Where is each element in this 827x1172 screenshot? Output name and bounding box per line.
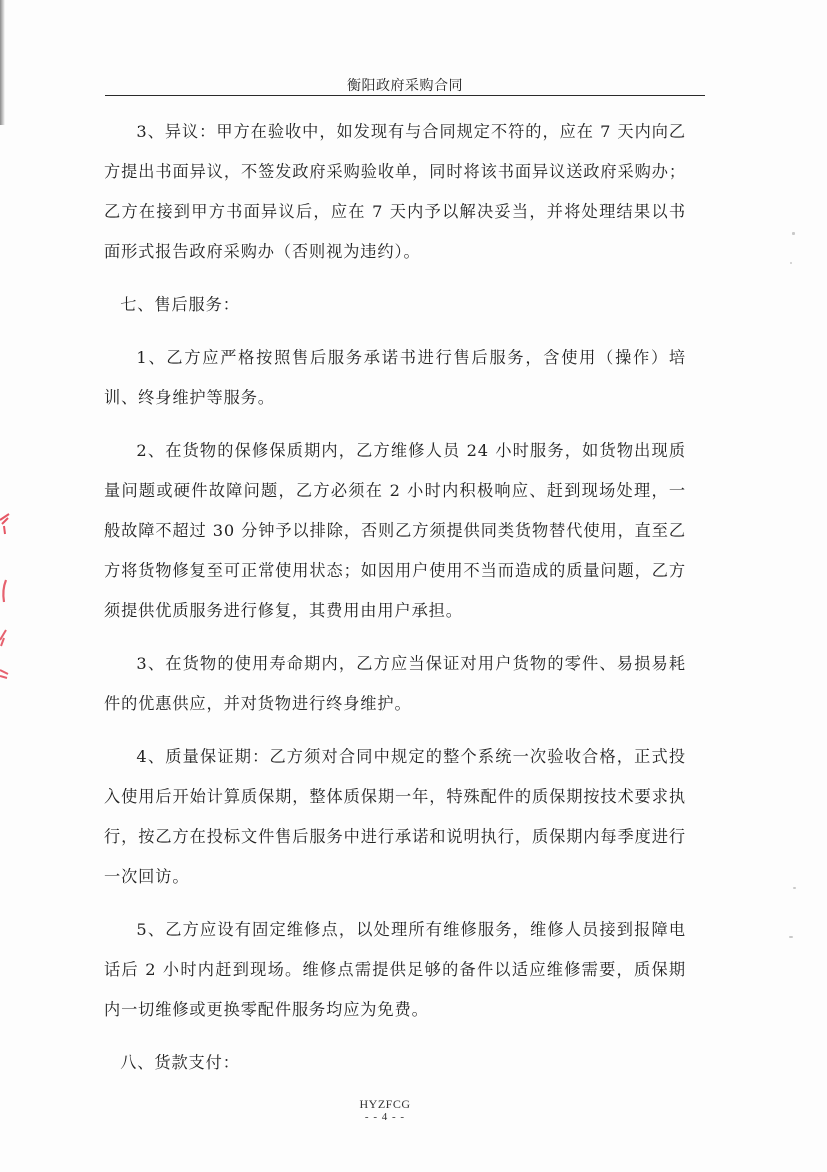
scan-speck	[789, 936, 793, 938]
section-heading-after-sales: 七、售后服务：	[120, 285, 686, 325]
scan-edge-shadow	[0, 0, 5, 125]
red-seal-fragment-icon	[0, 510, 14, 690]
header-divider	[105, 95, 705, 96]
page-header-title: 衡阳政府采购合同	[105, 75, 705, 95]
page-footer: HYZFCG - - 4 - -	[330, 1097, 440, 1123]
clause-quality-warranty: 4、质量保证期：乙方须对合同中规定的整个系统一次验收合格，正式投入使用后开始计算…	[104, 737, 686, 897]
scan-speck	[793, 887, 796, 889]
clause-after-sales-1: 1、乙方应严格按照售后服务承诺书进行售后服务，含使用（操作）培训、终身维护等服务…	[104, 338, 686, 418]
clause-after-sales-3: 3、在货物的使用寿命期内，乙方应当保证对用户货物的零件、易损易耗件的优惠供应，并…	[104, 644, 686, 724]
clause-objection: 3、异议：甲方在验收中，如发现有与合同规定不符的，应在 7 天内向乙方提出书面异…	[104, 112, 686, 272]
footer-page-number: - - 4 - -	[330, 1111, 440, 1123]
section-heading-payment: 八、货款支付：	[120, 1043, 686, 1083]
contract-body: 3、异议：甲方在验收中，如发现有与合同规定不符的，应在 7 天内向乙方提出书面异…	[104, 112, 686, 1096]
scan-speck	[790, 262, 792, 264]
clause-after-sales-2: 2、在货物的保修保质期内，乙方维修人员 24 小时服务，如货物出现质量问题或硬件…	[104, 431, 686, 631]
clause-repair-point: 5、乙方应设有固定维修点，以处理所有维修服务，维修人员接到报障电话后 2 小时内…	[104, 910, 686, 1030]
footer-document-code: HYZFCG	[330, 1097, 440, 1111]
scan-speck	[792, 232, 795, 235]
document-page: 衡阳政府采购合同 3、异议：甲方在验收中，如发现有与合同规定不符的，应在 7 天…	[0, 0, 827, 1172]
